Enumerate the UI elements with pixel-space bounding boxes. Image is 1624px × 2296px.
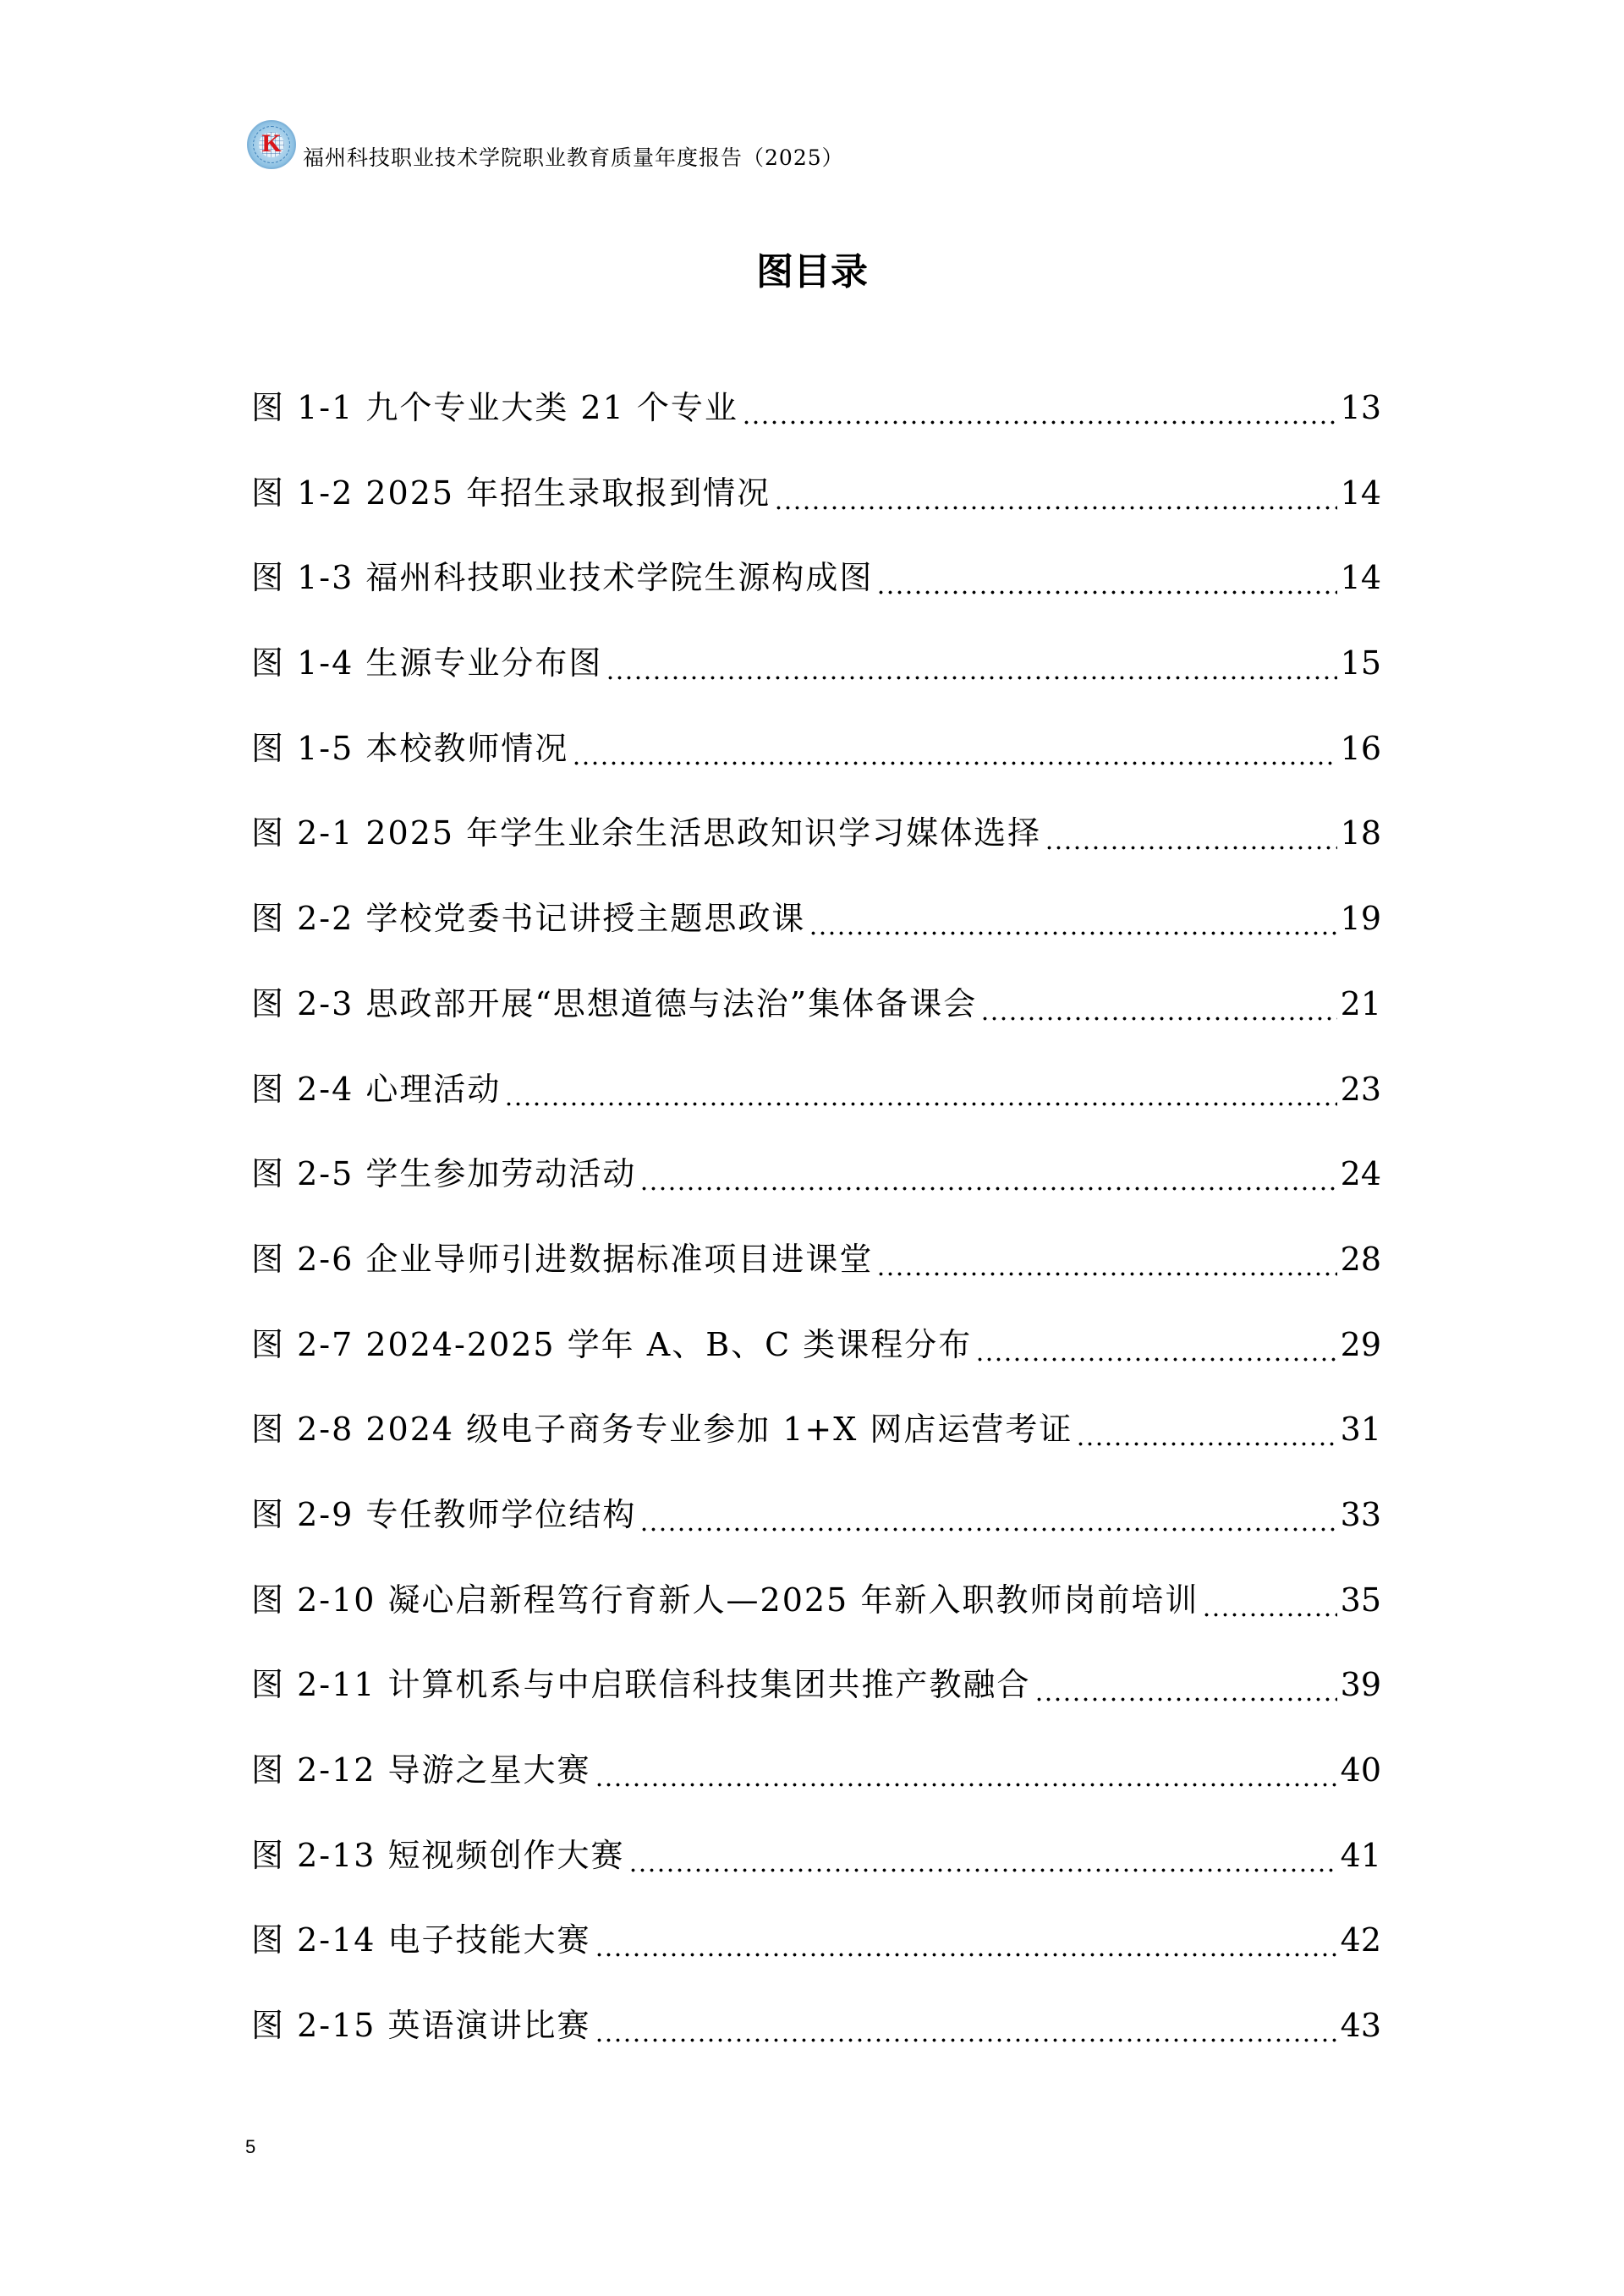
toc-entry-label: 图 2-12 导游之星大赛 — [251, 1748, 591, 1792]
toc-entry[interactable]: 图 2-4 心理活动 23 — [251, 1067, 1381, 1153]
toc-entry-label: 图 1-4 生源专业分布图 — [251, 641, 602, 685]
toc-entry-label: 图 2-3 思政部开展“思想道德与法治”集体备课会 — [251, 982, 977, 1026]
toc-entry-label: 图 1-1 九个专业大类 21 个专业 — [251, 386, 738, 430]
toc-entry[interactable]: 图 2-5 学生参加劳动活动 24 — [251, 1152, 1381, 1237]
toc-entry-label: 图 2-13 短视频创作大赛 — [251, 1833, 625, 1877]
toc-entry-page: 24 — [1341, 1152, 1381, 1196]
toc-entry-label: 图 2-9 专任教师学位结构 — [251, 1493, 636, 1537]
toc-entry-page: 40 — [1341, 1748, 1381, 1792]
toc-entry-page: 18 — [1341, 811, 1381, 855]
page-title: 图目录 — [0, 250, 1624, 294]
toc-entry[interactable]: 图 1-5 本校教师情况 16 — [251, 726, 1381, 812]
dot-leader — [809, 896, 1336, 940]
toc-entry-page: 28 — [1341, 1237, 1381, 1281]
toc-entry-page: 42 — [1341, 1918, 1381, 1962]
figure-list: 图 1-1 九个专业大类 21 个专业 13 图 1-2 2025 年招生录取报… — [251, 386, 1381, 2089]
school-emblem-icon: K — [247, 120, 296, 169]
toc-entry-label: 图 2-11 计算机系与中启联信科技集团共推产教融合 — [251, 1663, 1031, 1707]
toc-entry-label: 图 1-3 福州科技职业技术学院生源构成图 — [251, 556, 873, 600]
toc-entry-page: 43 — [1341, 2003, 1381, 2047]
toc-entry[interactable]: 图 2-8 2024 级电子商务专业参加 1+X 网店运营考证 31 — [251, 1407, 1381, 1493]
dot-leader — [876, 556, 1336, 600]
report-header-title: 福州科技职业技术学院职业教育质量年度报告（2025） — [303, 145, 844, 171]
dot-leader — [639, 1152, 1336, 1196]
toc-entry-page: 23 — [1341, 1067, 1381, 1111]
toc-entry-page: 16 — [1341, 726, 1381, 770]
toc-entry-label: 图 1-5 本校教师情况 — [251, 726, 568, 770]
toc-entry-label: 图 2-7 2024-2025 学年 A、B、C 类课程分布 — [251, 1323, 972, 1367]
toc-entry-label: 图 2-2 学校党委书记讲授主题思政课 — [251, 896, 805, 940]
dot-leader — [980, 982, 1336, 1026]
toc-entry-page: 15 — [1341, 641, 1381, 685]
toc-entry-page: 41 — [1341, 1833, 1381, 1877]
dot-leader — [1202, 1578, 1336, 1622]
dot-leader — [606, 641, 1336, 685]
toc-entry[interactable]: 图 2-9 专任教师学位结构 33 — [251, 1493, 1381, 1578]
toc-entry-page: 31 — [1341, 1407, 1381, 1451]
dot-leader — [1045, 811, 1337, 855]
toc-entry-page: 13 — [1341, 386, 1381, 430]
toc-entry[interactable]: 图 2-2 学校党委书记讲授主题思政课 19 — [251, 896, 1381, 982]
toc-entry-label: 图 2-8 2024 级电子商务专业参加 1+X 网店运营考证 — [251, 1407, 1073, 1451]
toc-entry[interactable]: 图 2-14 电子技能大赛 42 — [251, 1918, 1381, 2003]
toc-entry[interactable]: 图 2-11 计算机系与中启联信科技集团共推产教融合 39 — [251, 1663, 1381, 1748]
toc-entry-page: 14 — [1341, 471, 1381, 515]
dot-leader — [572, 726, 1336, 770]
dot-leader — [628, 1833, 1337, 1877]
toc-entry-page: 19 — [1341, 896, 1381, 940]
toc-entry-page: 33 — [1341, 1493, 1381, 1537]
dot-leader — [1076, 1407, 1336, 1451]
dot-leader — [742, 386, 1337, 430]
toc-entry[interactable]: 图 1-1 九个专业大类 21 个专业 13 — [251, 386, 1381, 471]
toc-entry-label: 图 1-2 2025 年招生录取报到情况 — [251, 471, 771, 515]
dot-leader — [595, 2003, 1337, 2047]
dot-leader — [774, 471, 1337, 515]
toc-entry-label: 图 2-15 英语演讲比赛 — [251, 2003, 591, 2047]
dot-leader — [595, 1918, 1337, 1962]
toc-entry[interactable]: 图 2-12 导游之星大赛 40 — [251, 1748, 1381, 1833]
dot-leader — [876, 1237, 1336, 1281]
toc-entry-page: 35 — [1341, 1578, 1381, 1622]
dot-leader — [504, 1067, 1336, 1111]
footer-page-number: 5 — [245, 2136, 255, 2158]
dot-leader — [975, 1323, 1336, 1367]
toc-entry-page: 14 — [1341, 556, 1381, 600]
dot-leader — [639, 1493, 1336, 1537]
toc-entry-label: 图 2-1 2025 年学生业余生活思政知识学习媒体选择 — [251, 811, 1041, 855]
dot-leader — [1034, 1663, 1337, 1707]
toc-entry-page: 39 — [1341, 1663, 1381, 1707]
toc-entry[interactable]: 图 1-3 福州科技职业技术学院生源构成图 14 — [251, 556, 1381, 641]
toc-entry-label: 图 2-10 凝心启新程笃行育新人—2025 年新入职教师岗前培训 — [251, 1578, 1199, 1622]
toc-entry-label: 图 2-5 学生参加劳动活动 — [251, 1152, 636, 1196]
toc-entry[interactable]: 图 2-13 短视频创作大赛 41 — [251, 1833, 1381, 1919]
page-header: K 福州科技职业技术学院职业教育质量年度报告（2025） — [247, 118, 844, 173]
toc-entry-page: 21 — [1341, 982, 1381, 1026]
toc-entry[interactable]: 图 2-6 企业导师引进数据标准项目进课堂 28 — [251, 1237, 1381, 1323]
toc-entry[interactable]: 图 2-1 2025 年学生业余生活思政知识学习媒体选择 18 — [251, 811, 1381, 896]
toc-entry-label: 图 2-4 心理活动 — [251, 1067, 501, 1111]
toc-entry[interactable]: 图 2-3 思政部开展“思想道德与法治”集体备课会 21 — [251, 982, 1381, 1067]
toc-entry-label: 图 2-6 企业导师引进数据标准项目进课堂 — [251, 1237, 873, 1281]
toc-entry[interactable]: 图 2-15 英语演讲比赛 43 — [251, 2003, 1381, 2089]
dot-leader — [595, 1748, 1337, 1792]
toc-entry-page: 29 — [1341, 1323, 1381, 1367]
toc-entry[interactable]: 图 1-4 生源专业分布图 15 — [251, 641, 1381, 726]
toc-entry[interactable]: 图 2-10 凝心启新程笃行育新人—2025 年新入职教师岗前培训 35 — [251, 1578, 1381, 1663]
toc-entry[interactable]: 图 2-7 2024-2025 学年 A、B、C 类课程分布 29 — [251, 1323, 1381, 1408]
emblem-letter: K — [249, 131, 294, 156]
toc-entry-label: 图 2-14 电子技能大赛 — [251, 1918, 591, 1962]
toc-entry[interactable]: 图 1-2 2025 年招生录取报到情况 14 — [251, 471, 1381, 556]
